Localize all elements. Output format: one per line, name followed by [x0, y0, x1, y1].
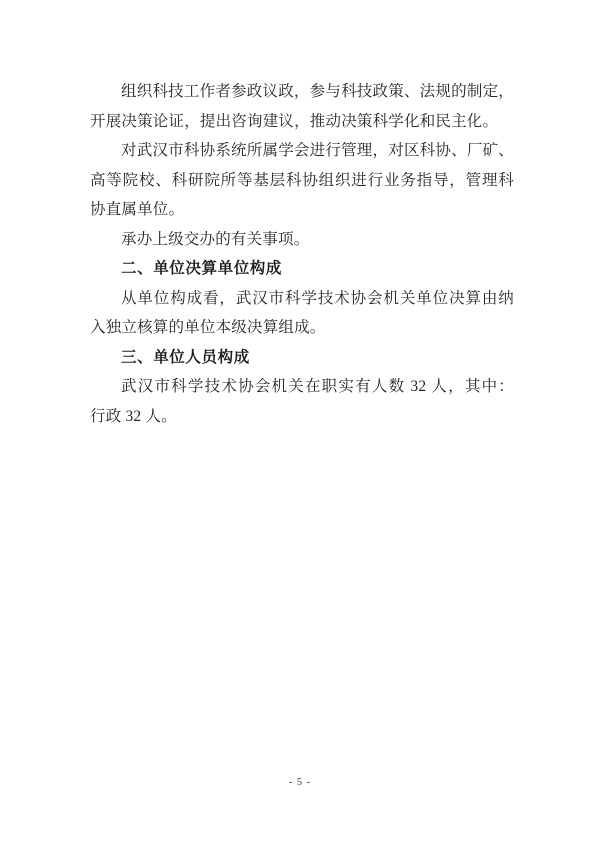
paragraph-line: 承办上级交办的有关事项。 [90, 225, 514, 255]
paragraph-line: 武汉市科学技术协会机关在职实有人数 32 人，其中： [90, 372, 514, 402]
page-number: - 5 - [0, 777, 600, 788]
paragraph-line: 行政 32 人。 [90, 402, 514, 432]
document-body: 组织科技工作者参政议政，参与科技政策、法规的制定， 开展决策论证，提出咨询建议，… [90, 77, 514, 431]
paragraph-line: 开展决策论证，提出咨询建议，推动决策科学化和民主化。 [90, 107, 514, 137]
heading-section-3: 三、单位人员构成 [90, 343, 514, 373]
paragraph-line: 对武汉市科协系统所属学会进行管理，对区科协、厂矿、 [90, 136, 514, 166]
heading-section-2: 二、单位决算单位构成 [90, 254, 514, 284]
document-page: 组织科技工作者参政议政，参与科技政策、法规的制定， 开展决策论证，提出咨询建议，… [0, 0, 600, 848]
paragraph-line: 从单位构成看，武汉市科学技术协会机关单位决算由纳 [90, 284, 514, 314]
paragraph-line: 入独立核算的单位本级决算组成。 [90, 313, 514, 343]
paragraph-line: 高等院校、科研院所等基层科协组织进行业务指导，管理科 [90, 166, 514, 196]
paragraph-line: 协直属单位。 [90, 195, 514, 225]
paragraph-line: 组织科技工作者参政议政，参与科技政策、法规的制定， [90, 77, 514, 107]
